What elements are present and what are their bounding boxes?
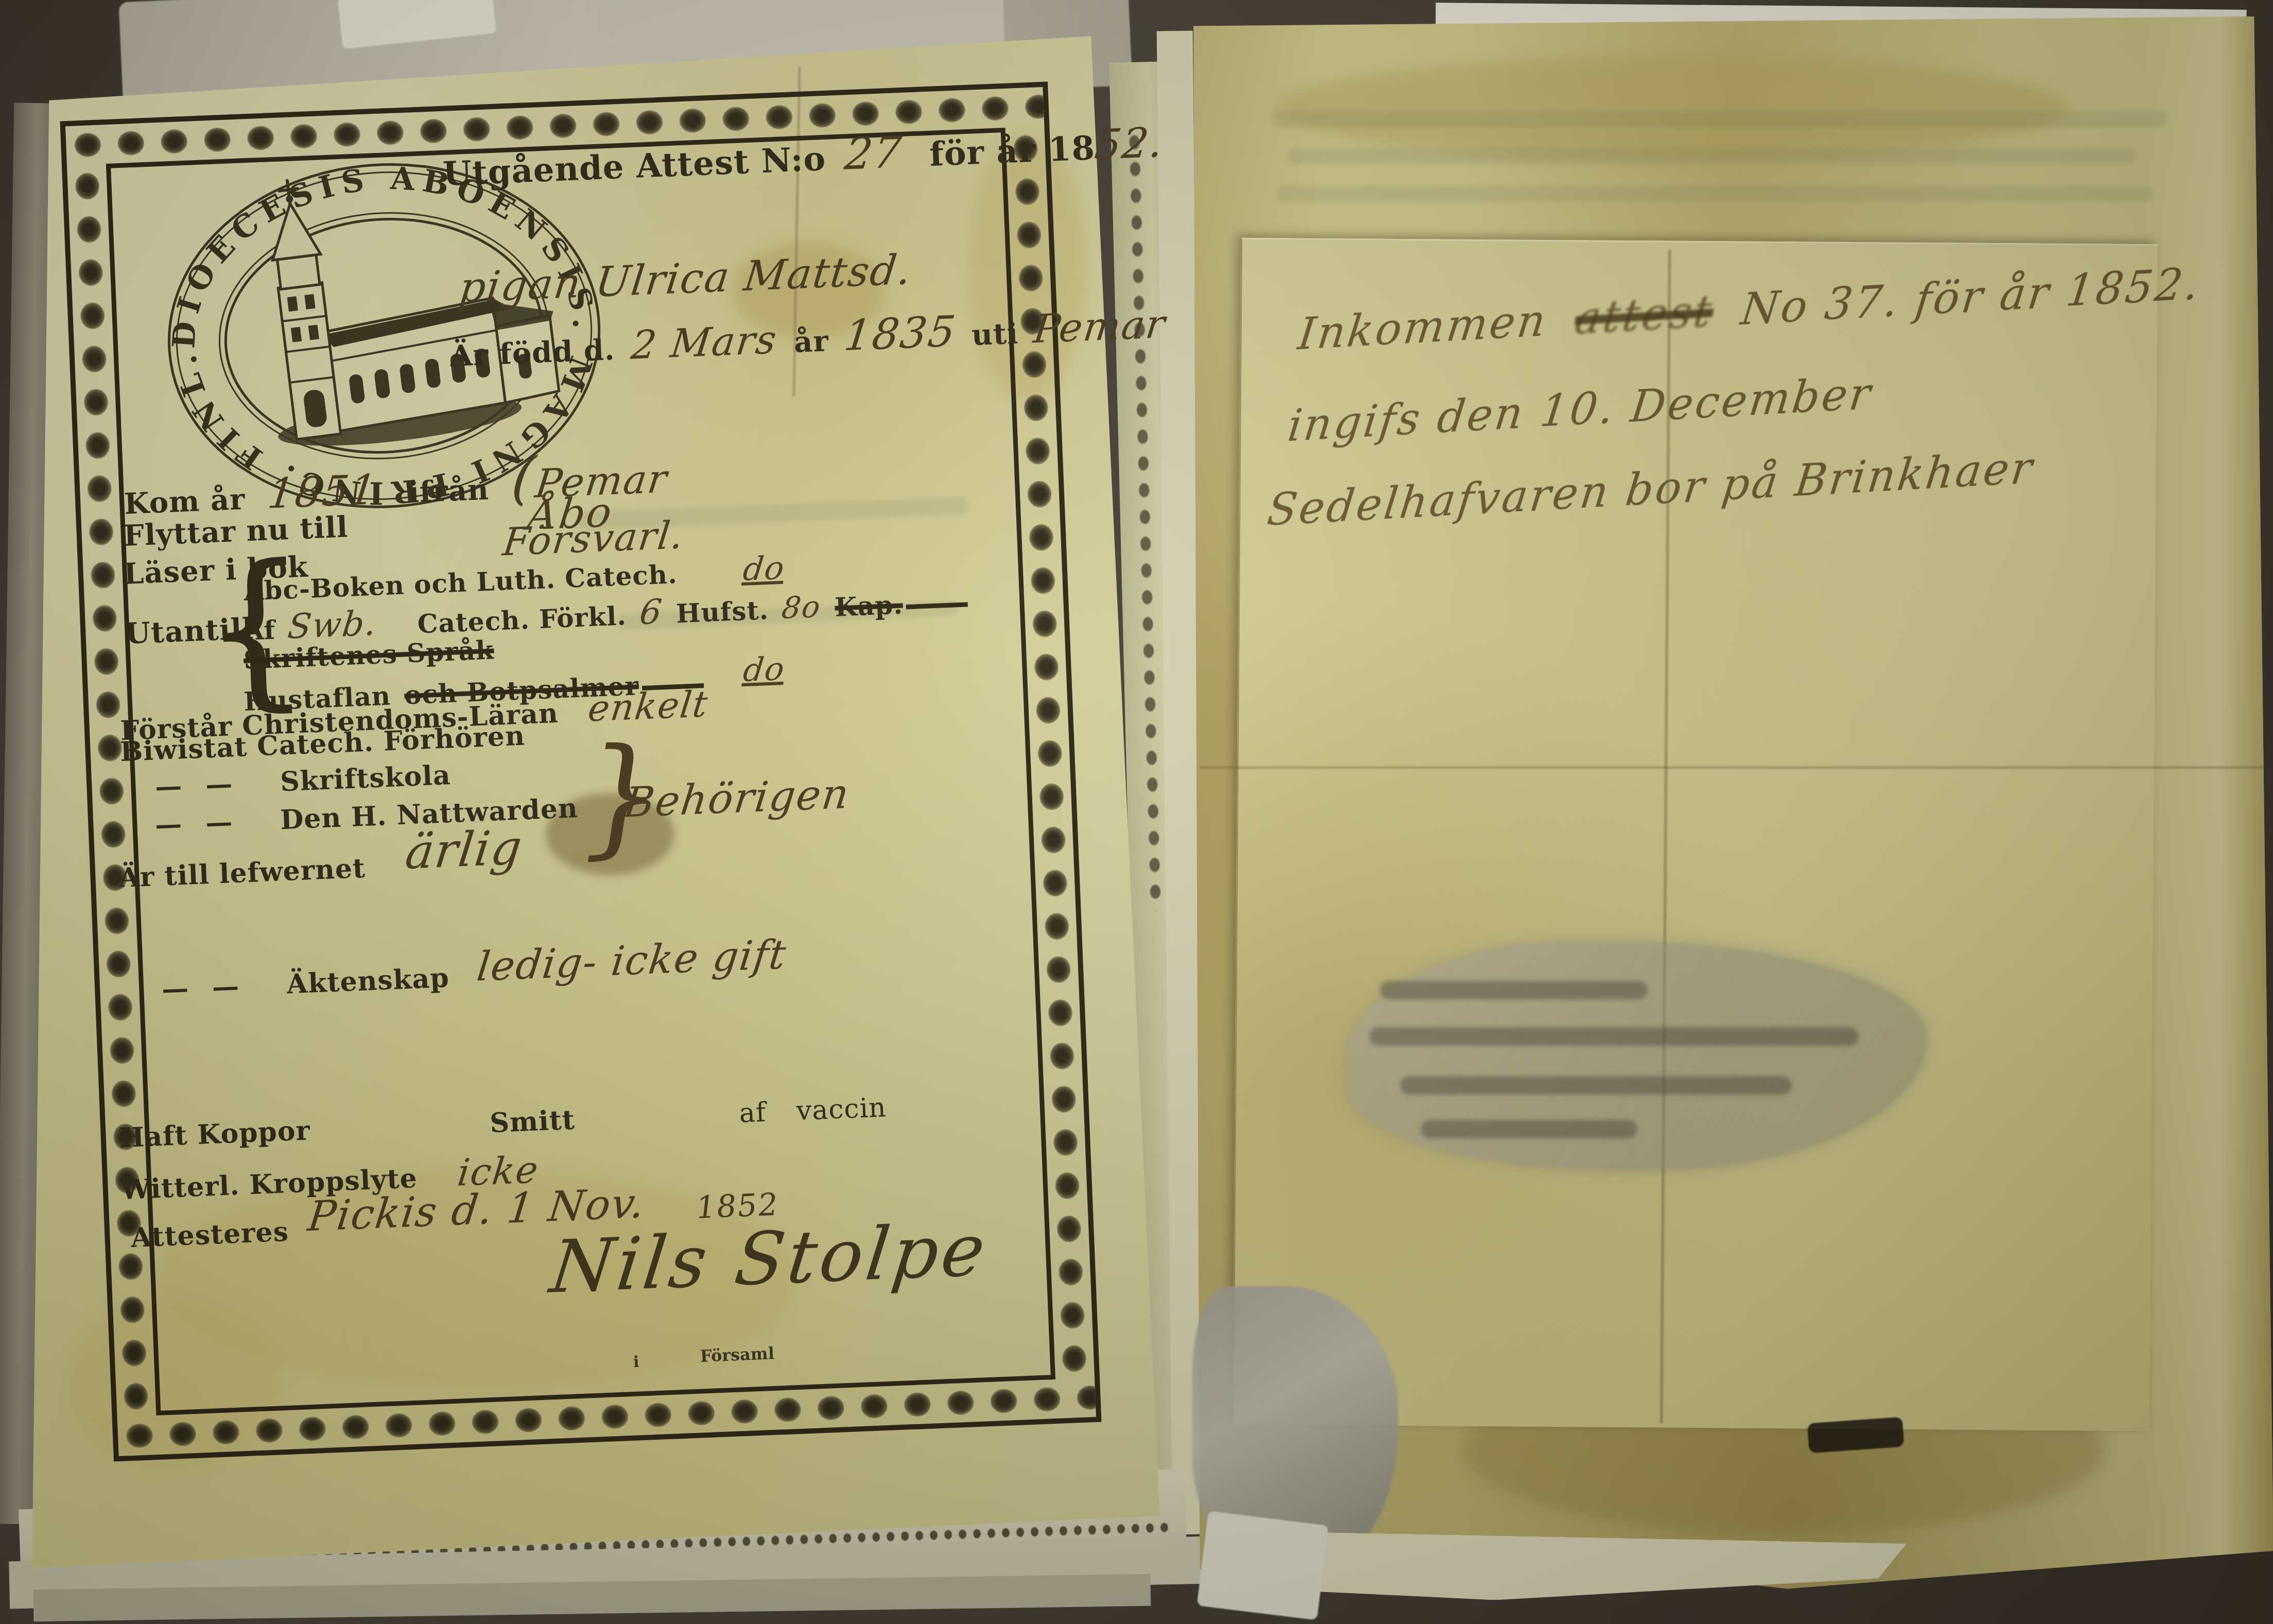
- born-place-label: uti: [971, 317, 1019, 353]
- item2-struck: Kap.: [834, 587, 968, 623]
- born-day: 2 Mars: [629, 316, 779, 368]
- conduct-value: ärlig: [403, 820, 526, 880]
- born-label: Är född d.: [449, 333, 616, 373]
- ghost-text-line: [1369, 1027, 1859, 1046]
- show-through-line: [1272, 111, 2167, 127]
- communion-value: Behörigen: [621, 769, 852, 826]
- ghost-text-line: [1400, 1076, 1792, 1095]
- white-torn-bit: [1197, 1511, 1329, 1620]
- item2-number: 6: [637, 592, 665, 632]
- item2-hufst: Hufst.: [675, 595, 769, 629]
- ditto-dashes: — —: [154, 806, 240, 841]
- signature: Nils Stolpe: [546, 1208, 993, 1310]
- item4-value: do: [741, 650, 788, 689]
- smallpox-af: af: [739, 1097, 767, 1129]
- conduct-label: Är till lefwernet: [118, 853, 366, 894]
- ghost-text-line: [1380, 981, 1647, 999]
- attested-label: Attesteres: [130, 1216, 289, 1254]
- footer-i: i: [633, 1353, 639, 1371]
- born-year-label: år: [793, 324, 829, 359]
- born-place: Pemar: [1031, 301, 1169, 352]
- smallpox-vaccin: vaccin: [796, 1092, 887, 1127]
- attest-year: 52.: [1092, 118, 1166, 169]
- title-mid: för år 18: [929, 129, 1096, 174]
- item2-octavo: 8o: [780, 589, 823, 626]
- marriage-label: Äktenskap: [286, 962, 450, 1000]
- note-line1-blotted-word: attest: [1572, 286, 1716, 344]
- ditto-dashes: — —: [154, 768, 240, 803]
- show-through-line: [1277, 186, 2152, 202]
- ditto-dashes: — —: [161, 970, 247, 1005]
- attest-number: 27: [842, 127, 905, 180]
- item1-value: do: [741, 549, 787, 589]
- item2-af: Af: [244, 615, 276, 646]
- archive-photo: DIOECESIS ABOENSIS. MAGNI PRINC. FINL.: [0, 0, 2273, 1624]
- show-through-line: [1287, 148, 2137, 164]
- footer-forsaml: Församl: [700, 1343, 774, 1366]
- smallpox-value: Smitt: [489, 1104, 576, 1139]
- item2-catech: Catech. Förkl.: [417, 600, 627, 639]
- born-year: 1835: [841, 307, 959, 360]
- ghost-text-line: [1421, 1120, 1637, 1138]
